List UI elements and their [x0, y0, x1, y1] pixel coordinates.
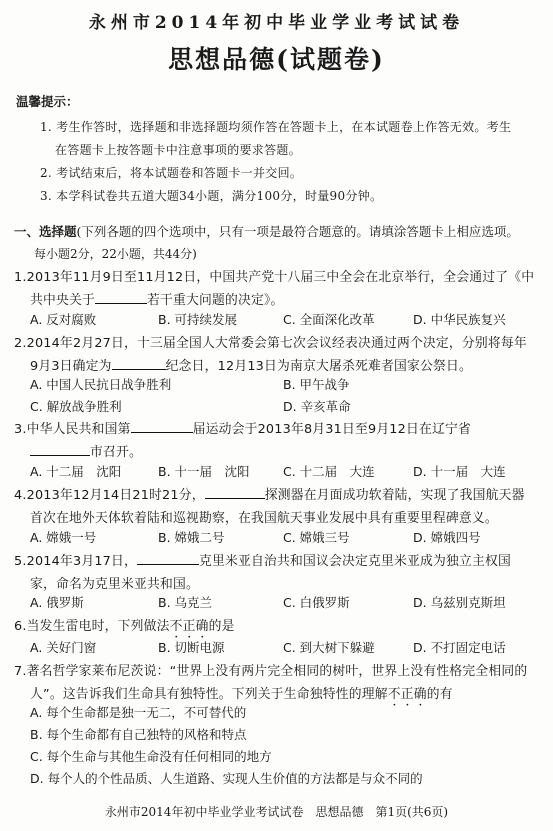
tip-item-1-cont: 在答题卡上按答题卡中注意事项的要求答题。 — [55, 141, 301, 158]
question-text: 纪念日，12月13日为南京大屠杀死难者国家公祭日。 — [166, 359, 472, 374]
option-a: A. 俄罗斯 — [30, 593, 84, 611]
tip-item-3: 3. 本学科试卷共五道大题34小题，满分100分，时量90分钟。 — [40, 187, 382, 204]
question-text: 2013年11月9日至11月12日，中国共产党十八届三中全会在北京举行，全会通过… — [27, 270, 535, 285]
question-text: 2014年2月27日，十三届全国人大常委会第七次会议经表决通过两个决定，分别将每… — [27, 336, 527, 351]
emphasized-text: 不正确 — [170, 619, 209, 634]
section-scoring: 每小题2分，22小题，共44分) — [34, 245, 197, 262]
option-d: D. 不打固定电话 — [413, 638, 506, 656]
question-text: 克里米亚自治共和国议会决定克里米亚成为独立主权国 — [199, 554, 511, 569]
exam-title: 永州市2014年初中毕业学业考试试卷 — [0, 8, 553, 33]
question-text: 共中央关于 — [30, 293, 95, 308]
tip-item-1: 1. 考生作答时，选择题和非选择题均须作答在答题卡上，在本试题卷上作答无效。考生 — [40, 118, 511, 135]
question-number: 1. — [14, 270, 27, 285]
question-text: 中华人民共和国第 — [27, 422, 131, 437]
question-text: 著名哲学家莱布尼茨说：“世界上没有两片完全相同的树叶，世界上没有性格完全相同的 — [27, 664, 528, 679]
option-a: A. 十二届 沈阳 — [30, 462, 121, 480]
option-c: C. 嫦娥三号 — [283, 528, 350, 546]
subject-title: 思想品德(试题卷) — [0, 40, 553, 76]
option-c: C. 每个生命与其他生命没有任何相同的地方 — [30, 747, 272, 765]
option-a: A. 反对腐败 — [30, 310, 96, 328]
answer-blank — [95, 291, 147, 304]
question-text: 人”。这告诉我们生命具有独特性。下列关于生命独特性的理解 — [30, 687, 388, 702]
page-footer: 永州市2014年初中毕业学业考试试卷 思想品德 第1页(共6页) — [0, 803, 553, 820]
answer-blank — [137, 552, 199, 565]
question-5-line2: 家，命名为克里米亚共和国。 — [30, 573, 199, 592]
answer-blank — [30, 443, 90, 456]
answer-blank — [205, 486, 265, 499]
option-b: B. 乌克兰 — [158, 593, 212, 611]
option-a: A. 嫦娥一号 — [30, 528, 96, 546]
option-d: D. 嫦娥四号 — [413, 528, 481, 546]
question-5-line1: 5.2014年3月17日，克里米亚自治共和国议会决定克里米亚成为独立主权国 — [14, 550, 511, 569]
question-1-line2: 共中央关于若干重大问题的决定》。 — [30, 289, 284, 308]
option-d: D. 十一届 大连 — [413, 462, 506, 480]
question-7-line1: 7.著名哲学家莱布尼茨说：“世界上没有两片完全相同的树叶，世界上没有性格完全相同… — [14, 660, 527, 679]
question-number: 7. — [14, 664, 27, 679]
option-b: B. 甲午战争 — [283, 375, 350, 393]
option-c: C. 白俄罗斯 — [283, 593, 350, 611]
question-text: 9月3日确定为 — [30, 359, 112, 374]
question-text: 若干重大问题的决定》。 — [147, 293, 284, 308]
question-number: 3. — [14, 422, 27, 437]
question-number: 6. — [14, 619, 27, 634]
option-c: C. 全面深化改革 — [283, 310, 375, 328]
option-b: B. 十一届 沈阳 — [158, 462, 250, 480]
option-d: D. 辛亥革命 — [283, 397, 351, 415]
tips-label: 温馨提示： — [16, 92, 79, 110]
option-b: B. 切断电源 — [158, 638, 225, 656]
option-c: C. 解放战争胜利 — [30, 397, 122, 415]
option-c: C. 十二届 大连 — [283, 462, 375, 480]
question-number: 5. — [14, 554, 27, 569]
emphasized-text: 不正确 — [388, 687, 427, 702]
option-b: B. 每个生命都有自己独特的风格和特点 — [30, 725, 247, 743]
option-d: D. 乌兹别克斯坦 — [413, 593, 506, 611]
tip-item-2: 2. 考试结束后，将本试题卷和答题卡一并交回。 — [40, 164, 302, 181]
question-2-line2: 9月3日确定为纪念日，12月13日为南京大屠杀死难者国家公祭日。 — [30, 355, 472, 374]
option-a: A. 每个生命都是独一无二，不可替代的 — [30, 703, 246, 721]
question-number: 4. — [14, 488, 27, 503]
option-c: C. 到大树下躲避 — [283, 638, 375, 656]
question-4-line2: 首次在地外天体软着陆和巡视勘察，在我国航天事业发展中具有重要里程碑意义。 — [30, 507, 498, 526]
question-text: 市召开。 — [90, 445, 142, 460]
question-4-line1: 4.2013年12月14日21时21分，探测器在月面成功软着陆，实现了我国航天器 — [14, 484, 525, 503]
question-number: 2. — [14, 336, 27, 351]
section-heading: 一、选择题(下列各题的四个选项中，只有一项是最符合题意的。请填涂答题卡上相应选项… — [14, 222, 519, 240]
option-b: B. 嫦娥二号 — [158, 528, 225, 546]
section-title: 一、选择题 — [14, 224, 77, 239]
question-text: 当发生雷电时，下列做法 — [27, 619, 170, 634]
question-text: 的有 — [427, 687, 453, 702]
question-1-line1: 1.2013年11月9日至11月12日，中国共产党十八届三中全会在北京举行，全会… — [14, 266, 534, 285]
question-3-line1: 3.中华人民共和国第届运动会于2013年8月31日至9月12日在辽宁省 — [14, 418, 471, 437]
question-text: 的是 — [209, 619, 235, 634]
question-3-line2: 市召开。 — [30, 441, 142, 460]
option-d: D. 中华民族复兴 — [413, 310, 506, 328]
option-b: B. 可持续发展 — [158, 310, 237, 328]
question-2-line1: 2.2014年2月27日，十三届全国人大常委会第七次会议经表决通过两个决定，分别… — [14, 332, 527, 351]
answer-blank — [112, 357, 166, 370]
answer-blank — [131, 420, 193, 433]
option-a: A. 中国人民抗日战争胜利 — [30, 375, 171, 393]
option-d: D. 每个人的个性品质、人生道路、实现人生价值的方法都是与众不同的 — [30, 769, 423, 787]
question-text: 届运动会于2013年8月31日至9月12日在辽宁省 — [193, 422, 471, 437]
question-text: 2013年12月14日21时21分， — [27, 488, 205, 503]
option-a: A. 关好门窗 — [30, 638, 96, 656]
question-text: 2014年3月17日， — [27, 554, 137, 569]
section-instructions: (下列各题的四个选项中，只有一项是最符合题意的。请填涂答题卡上相应选项。 — [77, 224, 519, 239]
question-text: 探测器在月面成功软着陆，实现了我国航天器 — [265, 488, 525, 503]
